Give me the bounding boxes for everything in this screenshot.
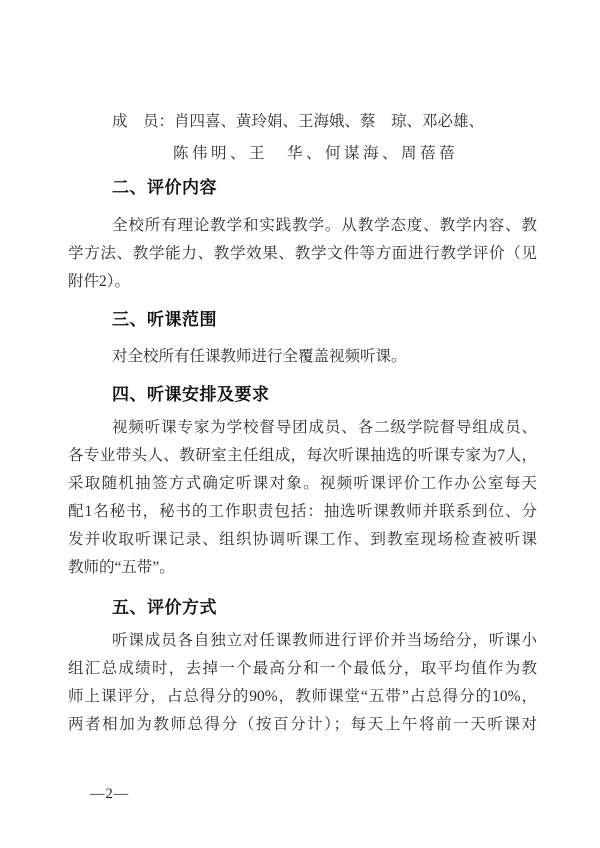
paragraph-line: 对全校所有任课教师进行全覆盖视频听课。	[68, 348, 537, 365]
member-list-line-2: 陈伟明、王 华、何谋海、周蓓蓓	[173, 145, 458, 162]
paragraph-line: 视频听课专家为学校督导团成员、各二级学院督导组成员、	[68, 419, 537, 436]
paragraph-line: 听课成员各自独立对任课教师进行评价并当场给分，听课小	[68, 632, 537, 649]
paragraph-line: 各专业带头人、教研室主任组成，每次听课抽选的听课专家为7人，	[68, 447, 537, 464]
section-heading-3: 三、听课范围	[112, 310, 217, 329]
section-heading-4: 四、听课安排及要求	[112, 385, 270, 404]
paragraph-line: 学方法、教学能力、教学效果、教学文件等方面进行教学评价（见	[68, 245, 537, 262]
paragraph-line: 附件2）。	[68, 273, 537, 290]
section-heading-2: 二、评价内容	[112, 178, 217, 197]
paragraph-line: 发并收取听课记录、组织协调听课工作、到教室现场检查被听课	[68, 531, 537, 548]
paragraph-line: 教师的“五带”。	[68, 559, 537, 576]
paragraph-line: 师上课评分，占总得分的90%，教师课堂“五带”占总得分的10%，	[68, 688, 537, 705]
document-page: 成 员：肖四喜、黄玲娟、王海娥、蔡 琼、邓必雄、 陈伟明、王 华、何谋海、周蓓蓓…	[0, 0, 600, 848]
paragraph-line: 全校所有理论教学和实践教学。从教学态度、教学内容、教	[68, 217, 537, 234]
paragraph-line: 两者相加为教师总得分（按百分计）；每天上午将前一天听课对	[68, 716, 537, 733]
page-number: —2—	[90, 786, 129, 803]
member-list-line-1: 成 员：肖四喜、黄玲娟、王海娥、蔡 琼、邓必雄、	[112, 113, 484, 130]
section-heading-5: 五、评价方式	[112, 598, 217, 617]
paragraph-line: 采取随机抽签方式确定听课对象。视频听课评价工作办公室每天	[68, 475, 537, 492]
paragraph-line: 配1名秘书，秘书的工作职责包括：抽选听课教师并联系到位、分	[68, 503, 537, 520]
paragraph-line: 组汇总成绩时，去掉一个最高分和一个最低分，取平均值作为教	[68, 660, 537, 677]
